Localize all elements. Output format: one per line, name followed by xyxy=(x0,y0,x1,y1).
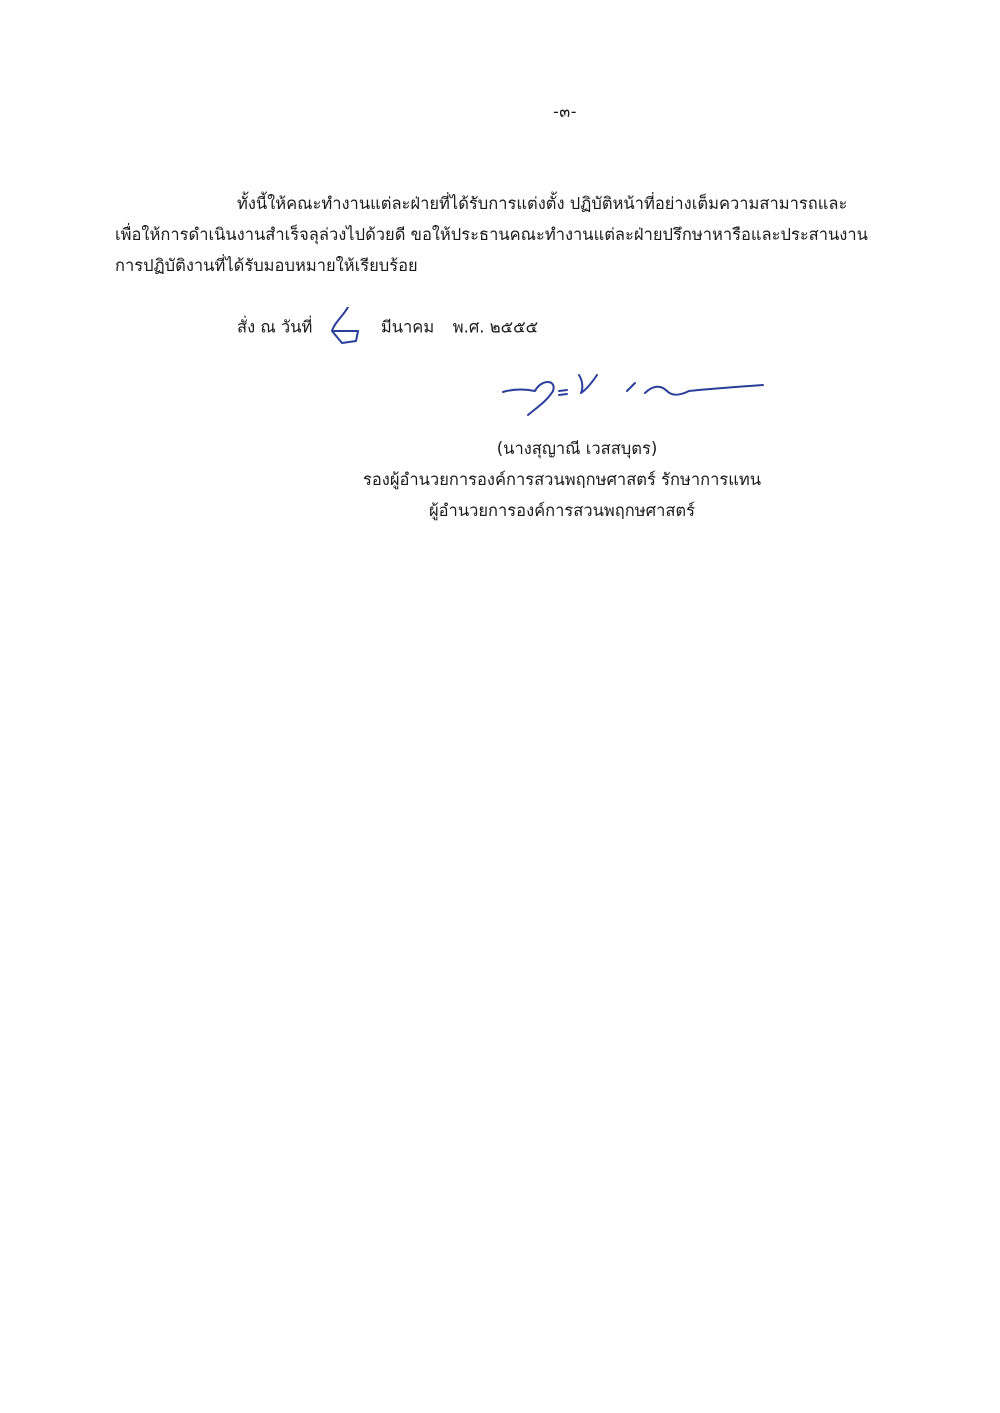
order-date-year: พ.ศ. ๒๕๕๕ xyxy=(453,318,538,337)
signature-icon xyxy=(495,365,775,430)
order-date-line: สั่ง ณ วันที่ มีนาคม พ.ศ. ๒๕๕๕ xyxy=(237,313,538,343)
paragraph-line: การปฏิบัติงานที่ได้รับมอบหมายให้เรียบร้อ… xyxy=(115,250,875,281)
order-date-prefix: สั่ง ณ วันที่ xyxy=(237,318,312,337)
signer-position-line1: รองผู้อำนวยการองค์การสวนพฤกษศาสตร์ รักษา… xyxy=(322,464,802,495)
paragraph-line: เพื่อให้การดำเนินงานสำเร็จลุล่วงไปด้วยดี… xyxy=(115,219,875,250)
handwritten-day-icon xyxy=(324,307,368,337)
closing-paragraph: ทั้งนี้ให้คณะทำงานแต่ละฝ่ายที่ได้รับการแ… xyxy=(115,188,875,281)
signer-position-line2: ผู้อำนวยการองค์การสวนพฤกษศาสตร์ xyxy=(322,495,802,526)
order-date-month: มีนาคม xyxy=(381,318,434,337)
paragraph-line: ทั้งนี้ให้คณะทำงานแต่ละฝ่ายที่ได้รับการแ… xyxy=(115,188,875,219)
page-number: -๓- xyxy=(0,100,1000,125)
signer-block: (นางสุญาณี เวสสบุตร) รองผู้อำนวยการองค์ก… xyxy=(322,433,802,526)
signer-name: (นางสุญาณี เวสสบุตร) xyxy=(322,433,802,464)
